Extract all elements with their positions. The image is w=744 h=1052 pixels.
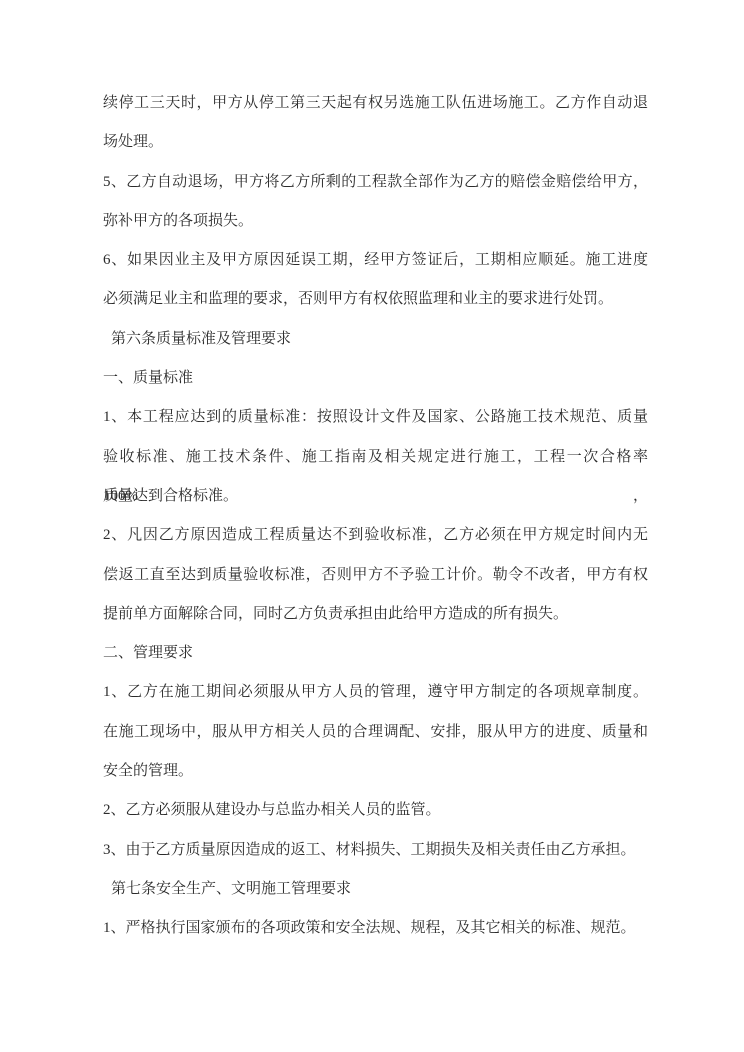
clause-heading-line: 第六条质量标准及管理要求 [103,320,648,359]
clause-heading-line: 第七条安全生产、文明施工管理要求 [103,870,648,909]
text-line: 2、乙方必须服从建设办与总监办相关人员的监管。 [103,791,648,830]
text-line: 续停工三天时，甲方从停工第三天起有权另选施工队伍进场施工。乙方作自动退 [103,84,648,123]
text-line: 弥补甲方的各项损失。 [103,202,648,241]
text-line: 6、如果因业主及甲方原因延误工期，经甲方签证后，工期相应顺延。施工进度 [103,241,648,280]
text-line: 安全的管理。 [103,752,648,791]
text-line: 5、乙方自动退场，甲方将乙方所剩的工程款全部作为乙方的赔偿金赔偿给甲方， [103,163,648,202]
text-line: 必须满足业主和监理的要求，否则甲方有权依照监理和业主的要求进行处罚。 [103,280,648,319]
text-line: 在施工现场中，服从甲方相关人员的合理调配、安排，服从甲方的进度、质量和 [103,713,648,752]
text-line: 2、凡因乙方原因造成工程质量达不到验收标准，乙方必须在甲方规定时间内无 [103,516,648,555]
text-line: 1、严格执行国家颁布的各项政策和安全法规、规程，及其它相关的标准、规范。 [103,909,648,948]
text-line: 提前单方面解除合同，同时乙方负责承担由此给甲方造成的所有损失。 [103,595,648,634]
text-line: 3、由于乙方质量原因造成的返工、材料损失、工期损失及相关责任由乙方承担。 [103,831,648,870]
text-line: 一、质量标准 [103,359,648,398]
document-page: 续停工三天时，甲方从停工第三天起有权另选施工队伍进场施工。乙方作自动退场处理。5… [0,0,744,1052]
text-line: 验收标准、施工技术条件、施工指南及相关规定进行施工，工程一次合格率 100%， [103,438,648,477]
text-line: 二、管理要求 [103,634,648,673]
text-line: 1、本工程应达到的质量标准：按照设计文件及国家、公路施工技术规范、质量 [103,398,648,437]
text-block: 续停工三天时，甲方从停工第三天起有权另选施工队伍进场施工。乙方作自动退场处理。5… [103,84,648,949]
text-line: 场处理。 [103,123,648,162]
text-line: 偿返工直至达到质量验收标准，否则甲方不予验工计价。勒令不改者，甲方有权 [103,556,648,595]
text-line: 1、乙方在施工期间必须服从甲方人员的管理，遵守甲方制定的各项规章制度。 [103,673,648,712]
